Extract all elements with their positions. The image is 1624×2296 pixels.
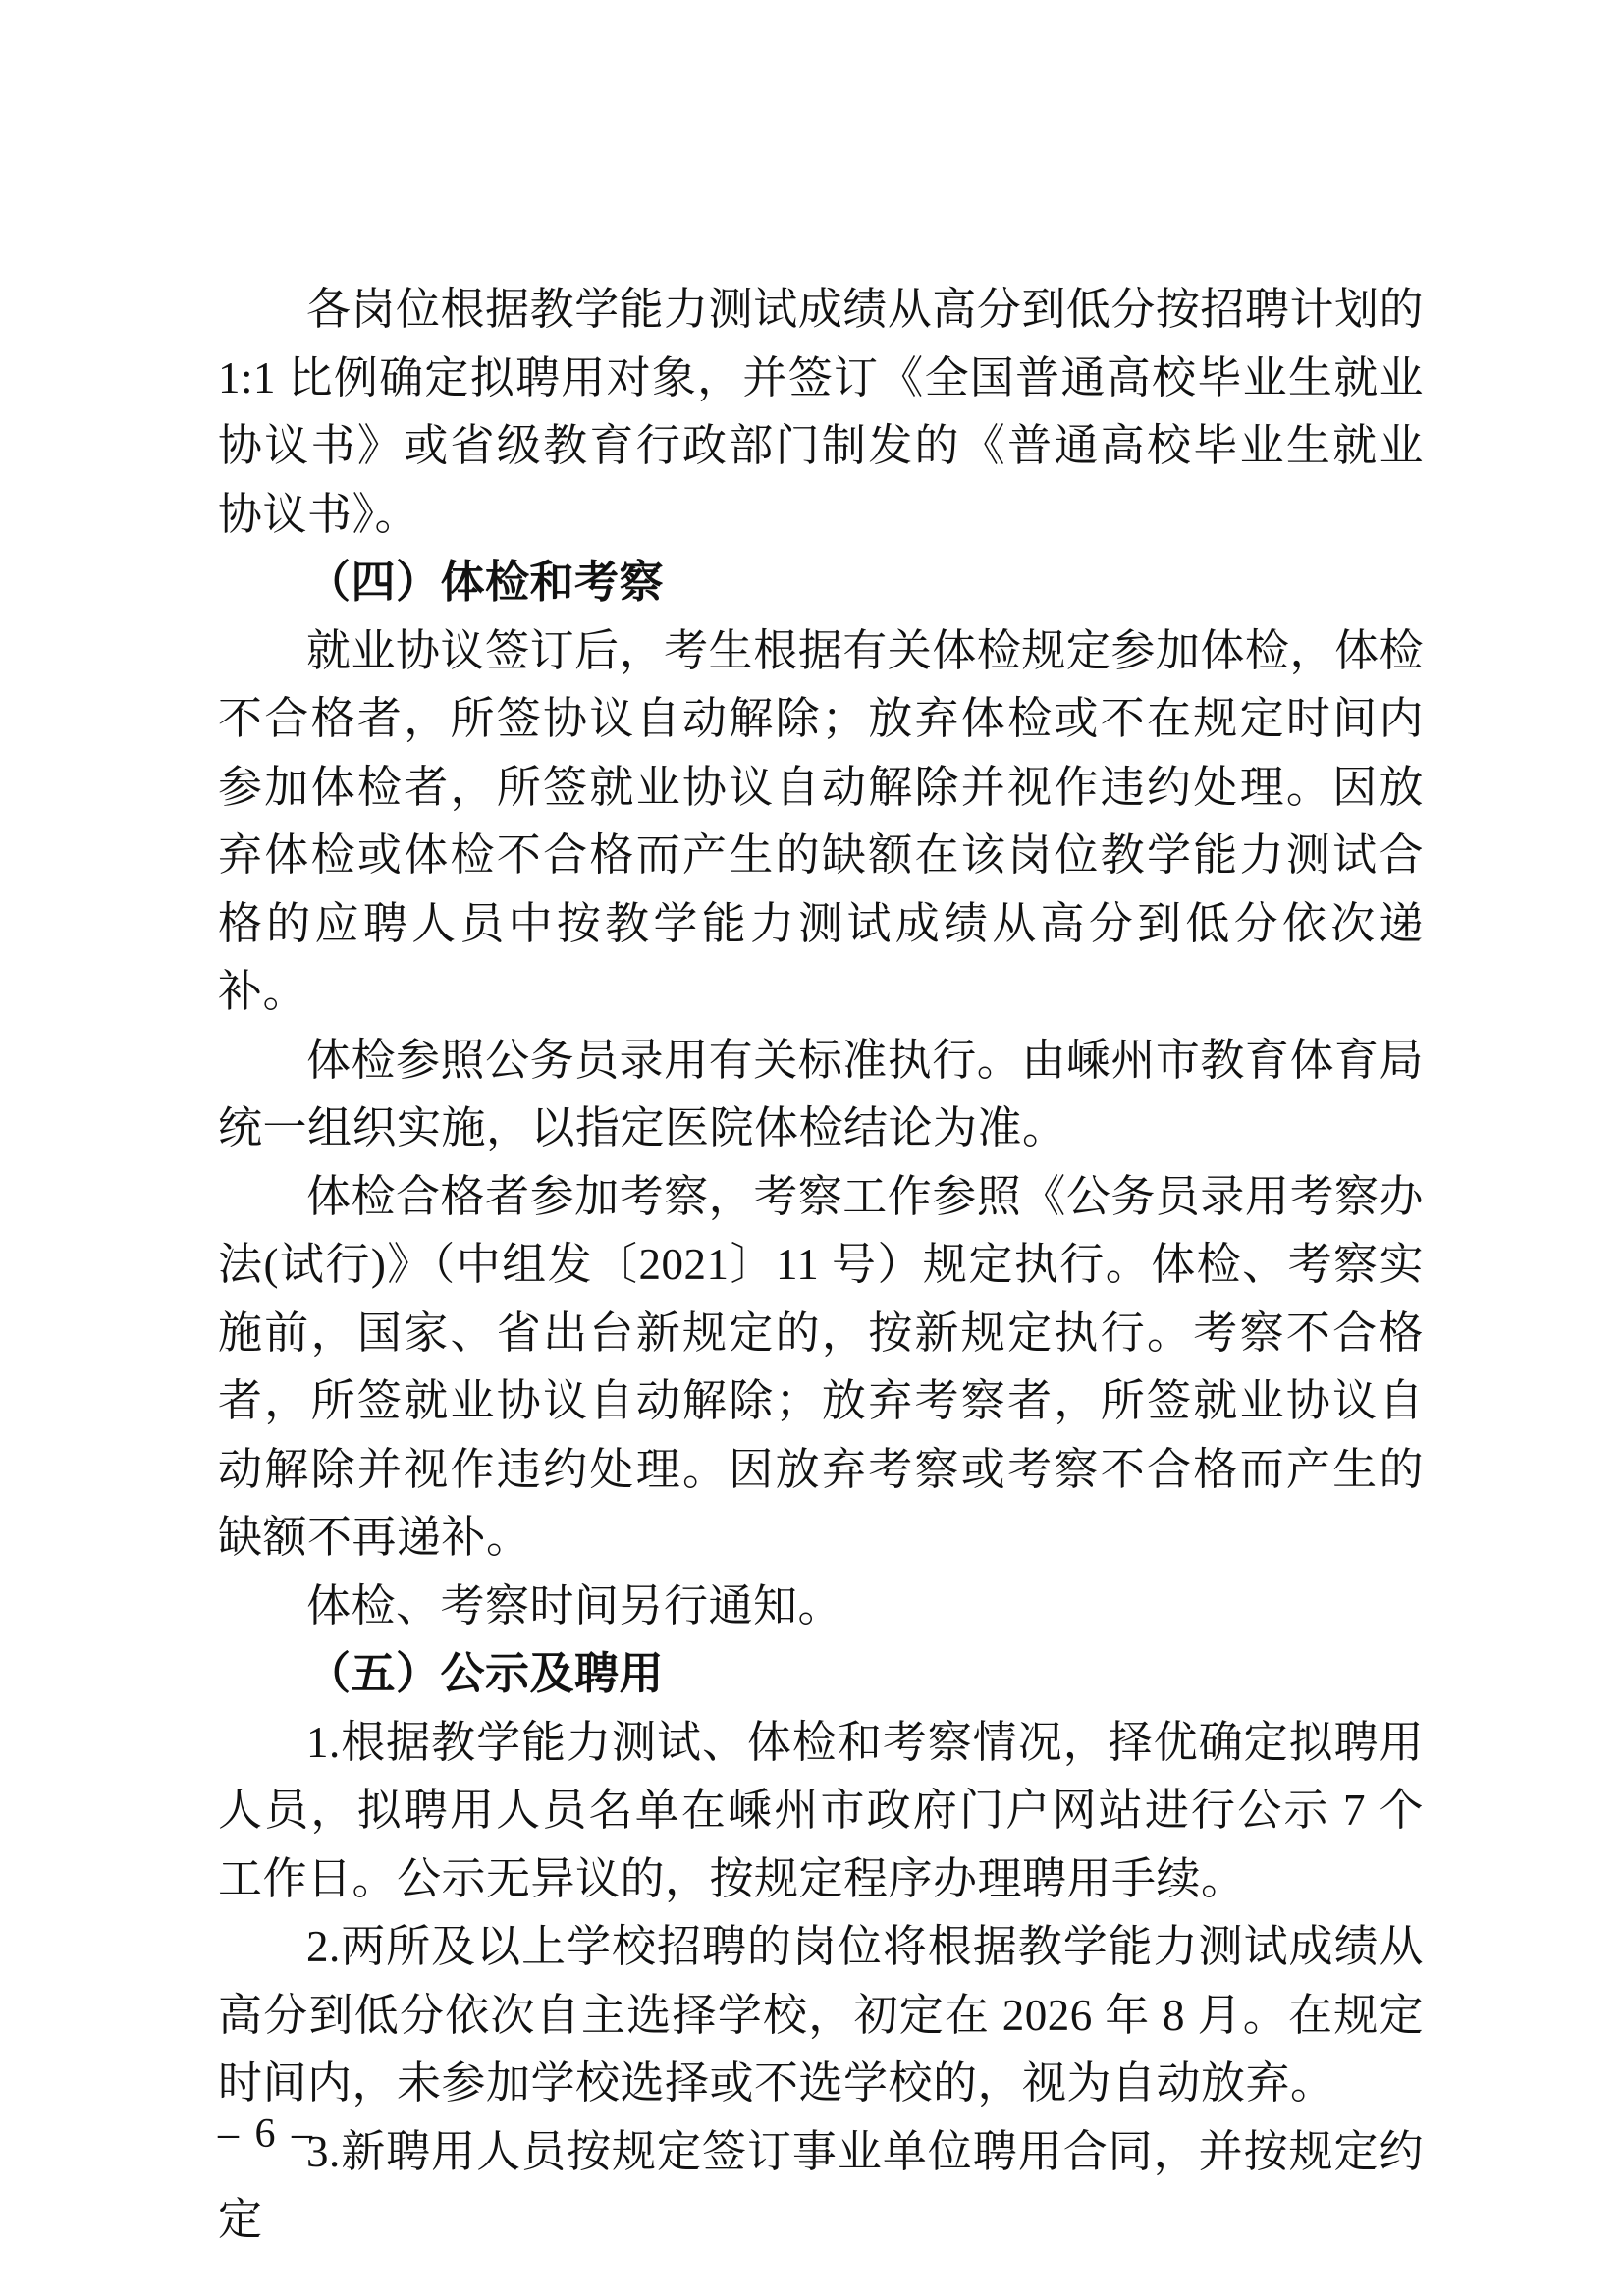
page-number: – 6 – [218, 2109, 315, 2160]
paragraph-exam-time-notice: 体检、考察时间另行通知。 [218, 1573, 1424, 1641]
section-heading-4-physical-exam-and-inspection: （四）体检和考察 [218, 549, 1424, 617]
paragraph-exam-standards: 体检参照公务员录用有关标准执行。由嵊州市教育体育局统一组织实施，以指定医院体检结… [218, 1027, 1424, 1163]
paragraph-physical-exam-rules: 就业协议签订后，考生根据有关体检规定参加体检，体检不合格者，所签协议自动解除；放… [218, 617, 1424, 1027]
paragraph-item-2-school-selection: 2.两所及以上学校招聘的岗位将根据教学能力测试成绩从高分到低分依次自主选择学校，… [218, 1913, 1424, 2118]
paragraph-ratio-and-agreement: 各岗位根据教学能力测试成绩从高分到低分按招聘计划的 1:1 比例确定拟聘用对象，… [218, 276, 1424, 549]
section-heading-5-publicity-and-employment: （五）公示及聘用 [218, 1640, 1424, 1709]
paragraph-inspection-rules: 体检合格者参加考察，考察工作参照《公务员录用考察办法(试行)》（中组发〔2021… [218, 1163, 1424, 1573]
document-body: 各岗位根据教学能力测试成绩从高分到低分按招聘计划的 1:1 比例确定拟聘用对象，… [218, 276, 1424, 2255]
paragraph-item-3-contract: 3.新聘用人员按规定签订事业单位聘用合同，并按规定约定 [218, 2118, 1424, 2255]
document-page: 各岗位根据教学能力测试成绩从高分到低分按招聘计划的 1:1 比例确定拟聘用对象，… [0, 0, 1624, 2296]
paragraph-item-1-publicity: 1.根据教学能力测试、体检和考察情况，择优确定拟聘用人员，拟聘用人员名单在嵊州市… [218, 1709, 1424, 1914]
